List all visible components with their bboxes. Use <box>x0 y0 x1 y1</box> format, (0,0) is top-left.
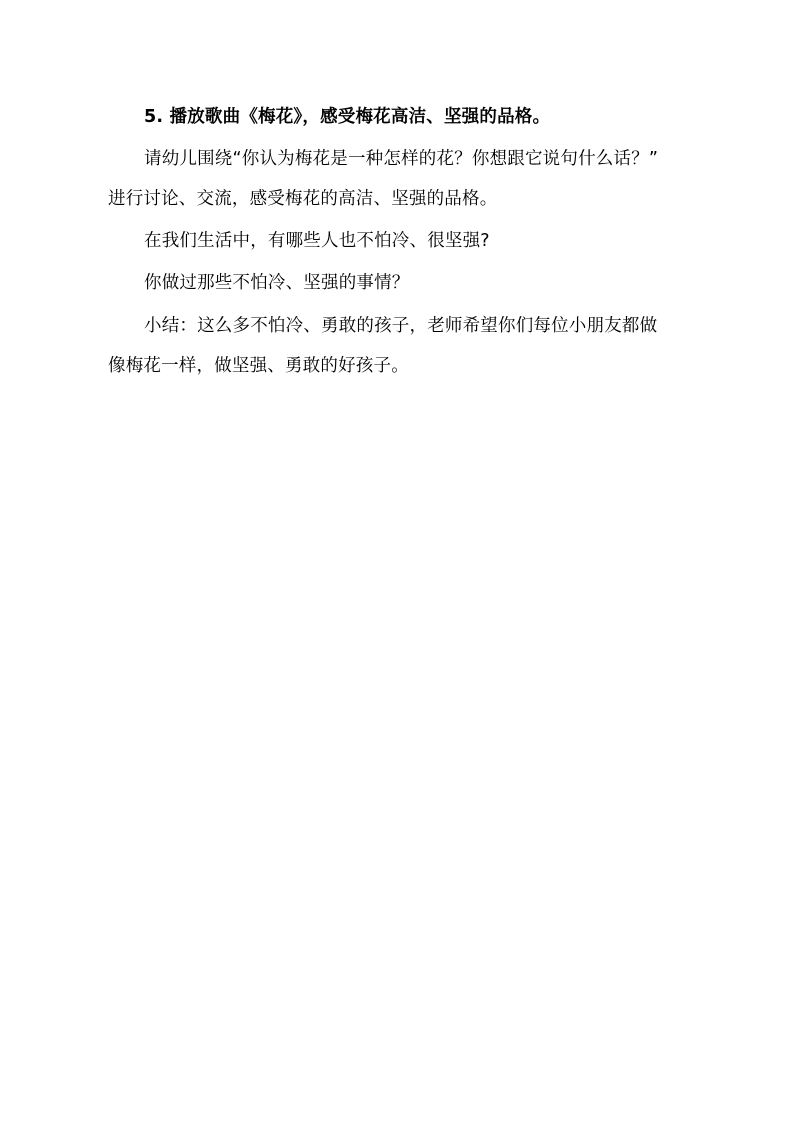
paragraph-1-line-2: 进行讨论、交流，感受梅花的高洁、坚强的品格。 <box>108 188 698 210</box>
paragraph-3: 你做过那些不怕冷、坚强的事情？ <box>144 272 734 294</box>
section-heading: 5. 播放歌曲《梅花》，感受梅花高洁、坚强的品格。 <box>144 106 734 128</box>
paragraph-2: 在我们生活中，有哪些人也不怕冷、很坚强? <box>144 230 734 252</box>
paragraph-1-line-1: 请幼儿围绕“你认为梅花是一种怎样的花？你想跟它说句什么话？” <box>144 148 734 170</box>
paragraph-4-line-2: 像梅花一样，做坚强、勇敢的好孩子。 <box>108 355 698 377</box>
paragraph-4-line-1: 小结：这么多不怕冷、勇敢的孩子，老师希望你们每位小朋友都做 <box>144 315 734 337</box>
document-page: 5. 播放歌曲《梅花》，感受梅花高洁、坚强的品格。 请幼儿围绕“你认为梅花是一种… <box>0 0 794 1123</box>
